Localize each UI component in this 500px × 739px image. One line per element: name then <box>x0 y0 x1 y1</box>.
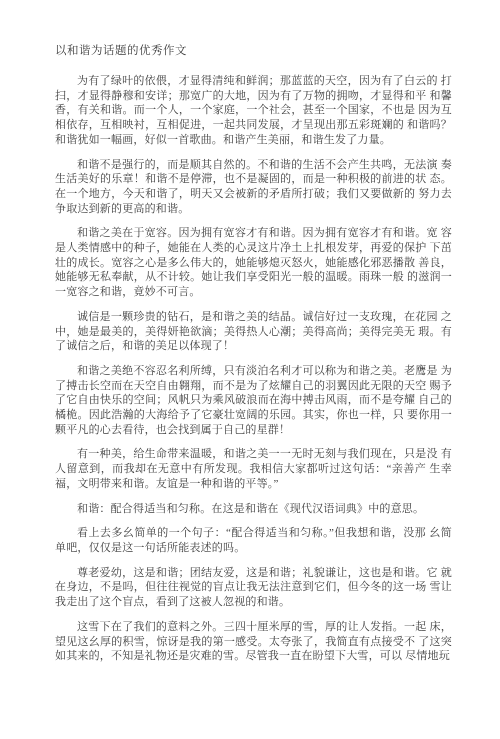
paragraph: 和谐不是强行的，而是顺其自然的。不和谐的生活不会产生共鸣，无法演 奏生活美好的乐… <box>55 158 452 217</box>
document-page: 以和谐为话题的优秀作文 为有了绿叶的依偎，才显得清纯和鲜润；那蓝蓝的天空，因为有… <box>0 0 500 739</box>
paragraph: 这雪下在了我们的意料之外。三四十厘米厚的雪，厚的让人发指。一起 床，望见这幺厚的… <box>55 620 452 664</box>
paragraph: 和谐：配合得适当和匀称。在这是和谐在《现代汉语词典》中的意思。 <box>55 502 452 517</box>
paragraph: 有一种美，给生命带来温暖，和谐之美一一无时无刻与我们现在，只是没 有人留意到，而… <box>55 447 452 491</box>
document-title: 以和谐为话题的优秀作文 <box>55 44 452 59</box>
document-body: 为有了绿叶的依偎，才显得清纯和鲜润；那蓝蓝的天空，因为有了白云的 打扫，才显得静… <box>55 74 452 664</box>
paragraph: 为有了绿叶的依偎，才显得清纯和鲜润；那蓝蓝的天空，因为有了白云的 打扫，才显得静… <box>55 74 452 148</box>
paragraph: 诚信是一颗珍贵的钻石，是和谐之美的结晶。诚信好过一支玫瑰，在花园 之中，她是最美… <box>55 310 452 354</box>
paragraph: 看上去多幺简单的一个句子：“配合得适当和匀称。”但我想和谐，没那 幺简单吧，仅仅… <box>55 526 452 555</box>
paragraph: 和谐之美在于宽容。因为拥有宽容才有和谐。因为拥有宽容才有和谐。宽 容是人类情感中… <box>55 226 452 300</box>
paragraph: 和谐之美绝不容忍名利所缚，只有淡泊名利才可以称为和谐之美。老鹰是 为了搏击长空而… <box>55 364 452 438</box>
paragraph: 尊老爱幼，这是和谐；团结友爱，这是和谐；礼貌谦让，这也是和谐。它 就在身边，不是… <box>55 566 452 610</box>
